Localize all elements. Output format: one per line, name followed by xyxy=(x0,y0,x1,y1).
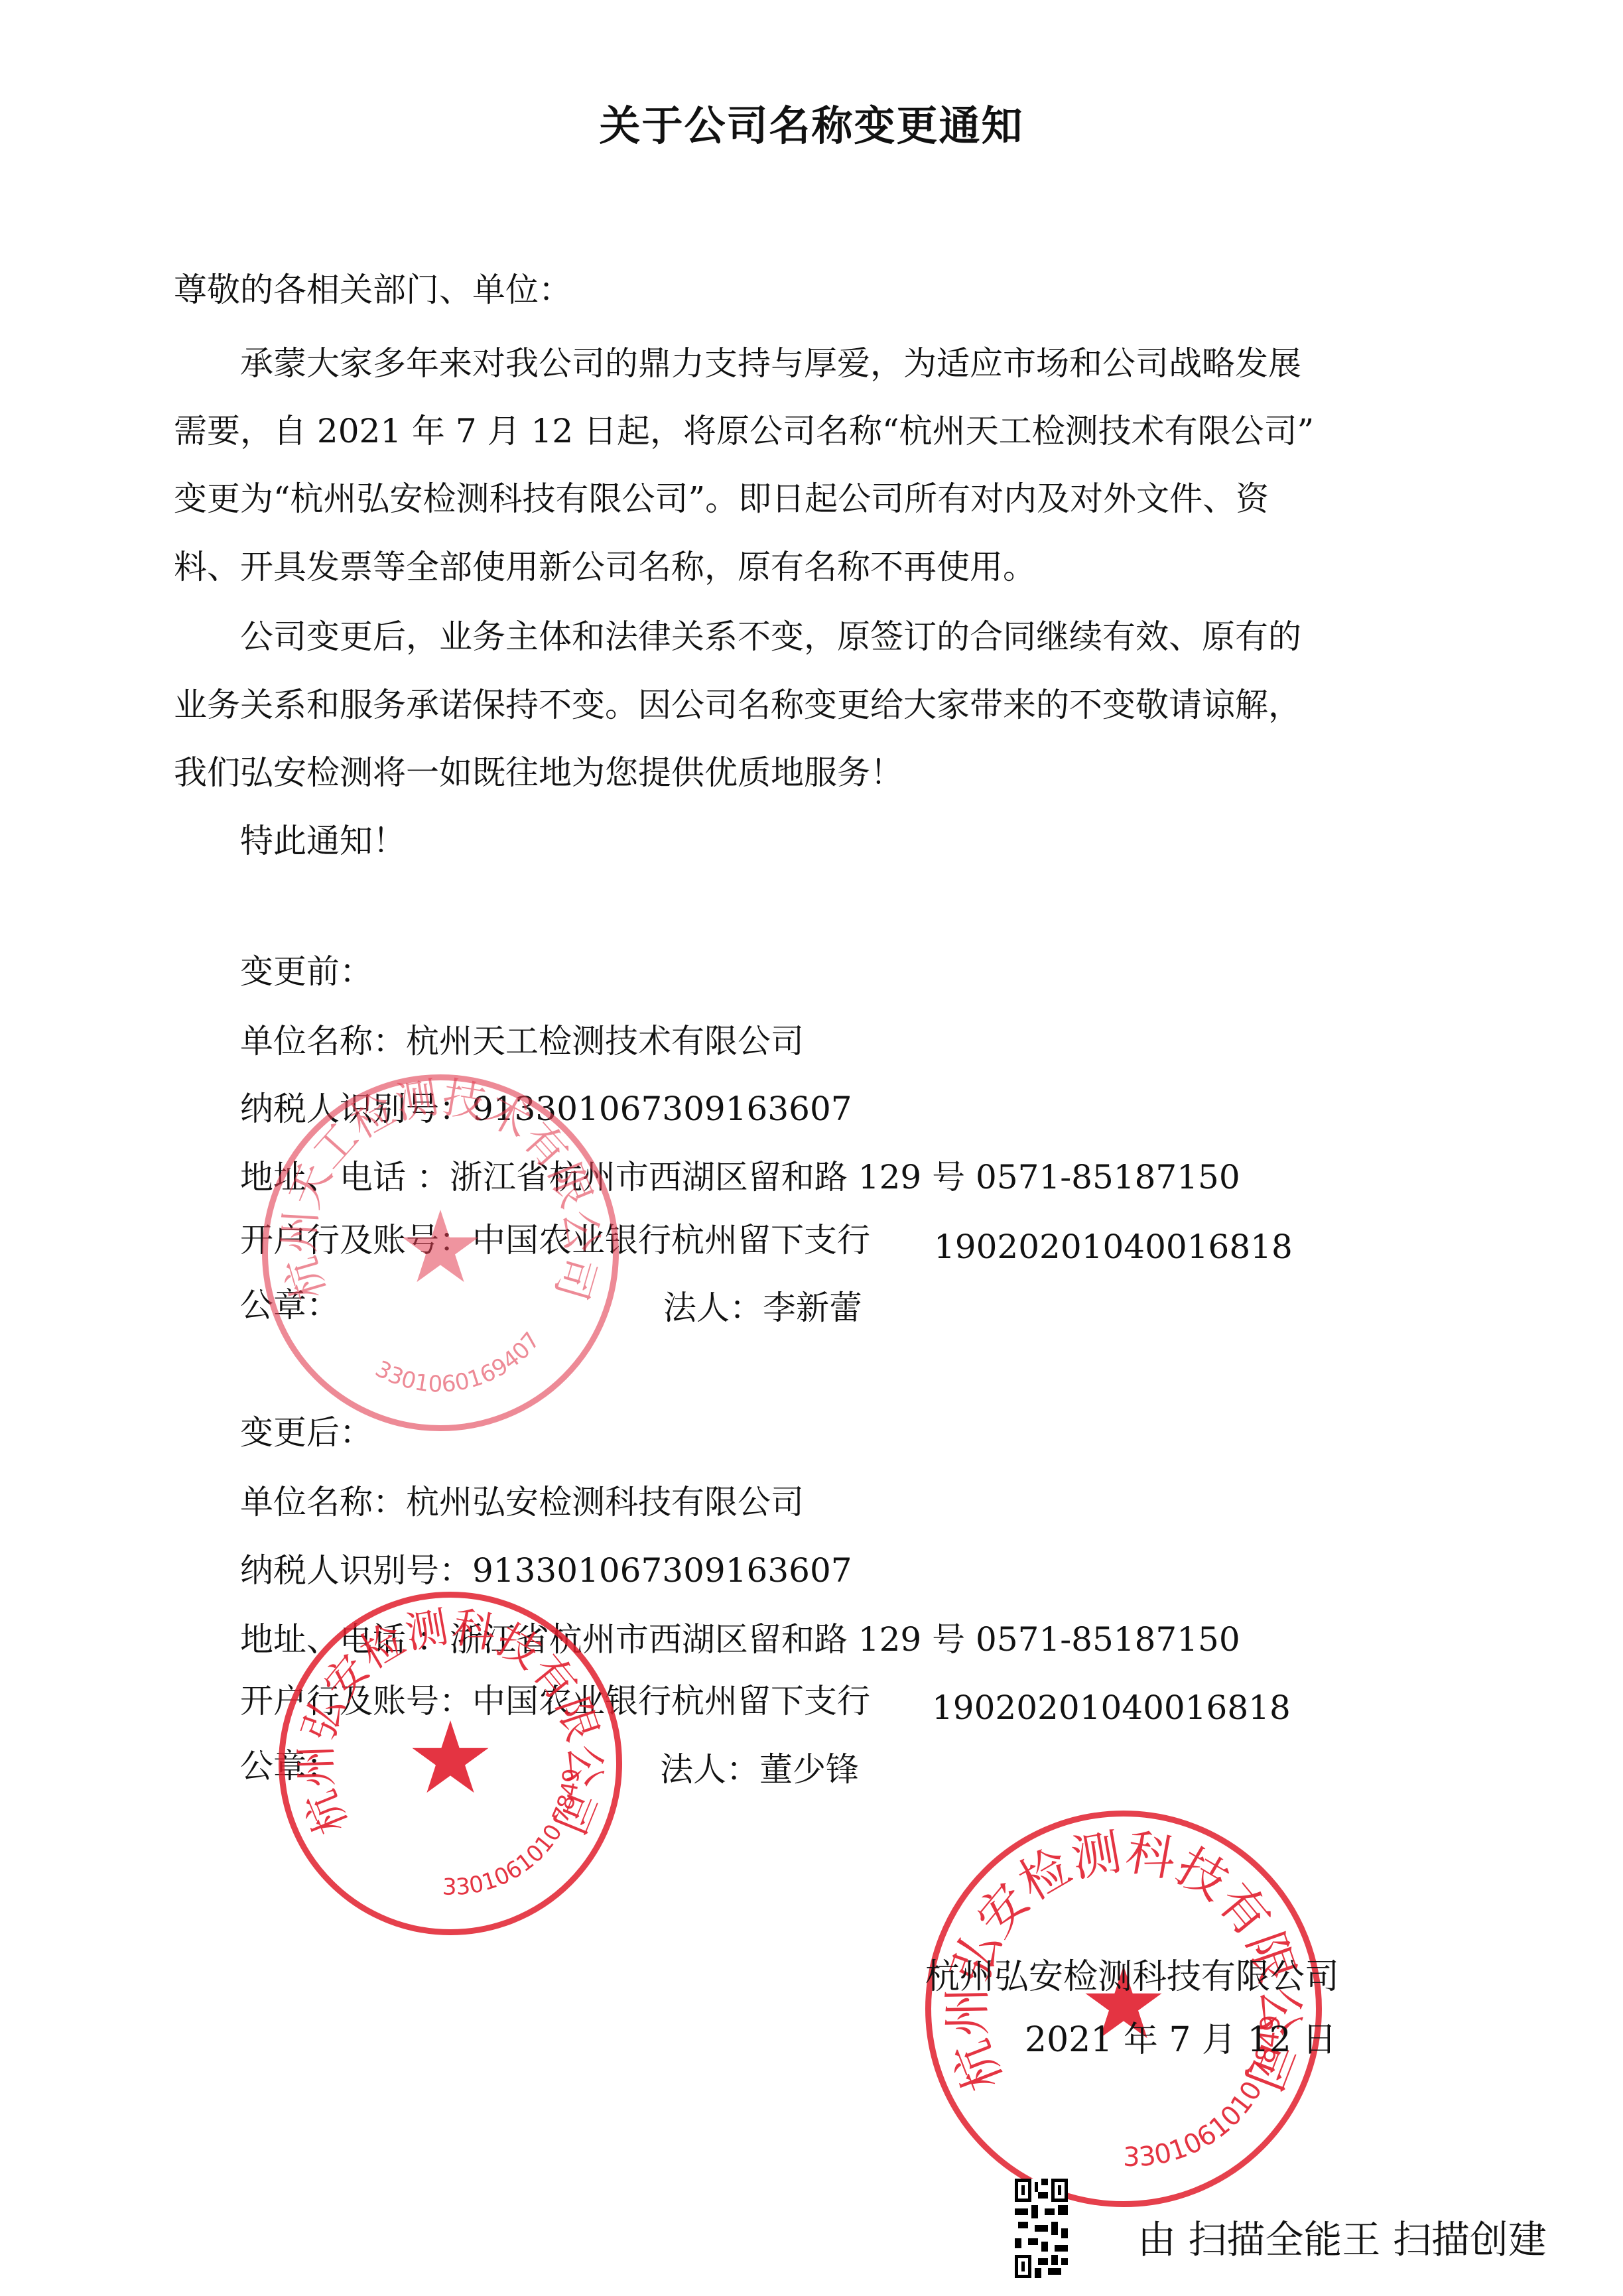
paragraph2-line: 公司变更后，业务主体和法律关系不变，原签订的合同继续有效、原有的 xyxy=(240,620,1301,653)
svg-text:3301060169407: 3301060169407 xyxy=(371,1327,545,1397)
after-bank-account: 19020201040016818 xyxy=(932,1691,1291,1724)
company-seal-old: 杭州天工检测技术有限公司 3301060169407 ★ xyxy=(262,1074,619,1431)
before-bank-account: 19020201040016818 xyxy=(934,1230,1293,1263)
star-icon: ★ xyxy=(396,1198,485,1298)
paragraph1-line: 承蒙大家多年来对我公司的鼎力支持与厚爱，为适应市场和公司战略发展 xyxy=(240,347,1301,380)
closing: 特此通知！ xyxy=(240,824,406,858)
paragraph1-line: 变更为“杭州弘安检测科技有限公司”。即日起公司所有对内及对外文件、资 xyxy=(174,482,1269,515)
company-seal-new: 杭州弘安检测科技有限公司 3301061010 7849 ★ xyxy=(279,1592,622,1935)
paragraph2-line: 我们弘安检测将一如既往地为您提供优质地服务！ xyxy=(174,756,903,789)
salutation: 尊敬的各相关部门、单位： xyxy=(174,273,572,306)
signature-date: 2021 年 7 月 12 日 xyxy=(1025,2023,1336,2057)
star-icon: ★ xyxy=(406,1709,495,1809)
before-heading: 变更前： xyxy=(240,955,373,988)
paragraph1-line: 需要，自 2021 年 7 月 12 日起，将原公司名称“杭州天工检测技术有限公… xyxy=(174,415,1314,448)
paragraph2-line: 业务关系和服务承诺保持不变。因公司名称变更给大家带来的不变敬请谅解， xyxy=(174,688,1301,722)
paragraph1-line: 料、开具发票等全部使用新公司名称，原有名称不再使用。 xyxy=(174,550,1036,584)
signature-company: 杭州弘安检测科技有限公司 xyxy=(925,1960,1339,1994)
scanner-watermark: 由 扫描全能王 扫描创建 xyxy=(1137,2208,1547,2264)
before-name: 单位名称：杭州天工检测技术有限公司 xyxy=(240,1025,804,1058)
qr-code-icon xyxy=(1015,2179,1068,2278)
before-legal-rep: 法人：李新蕾 xyxy=(663,1291,862,1324)
after-name: 单位名称：杭州弘安检测科技有限公司 xyxy=(240,1486,804,1519)
page-title: 关于公司名称变更通知 xyxy=(0,93,1623,152)
company-seal-signature: 杭州弘安检测科技有限公司 3301061010 7849 ★ xyxy=(925,1811,1322,2207)
after-tax-id: 纳税人识别号：913301067309163607 xyxy=(240,1554,852,1587)
after-heading: 变更后： xyxy=(240,1416,373,1449)
after-legal-rep: 法人：董少锋 xyxy=(660,1753,859,1786)
